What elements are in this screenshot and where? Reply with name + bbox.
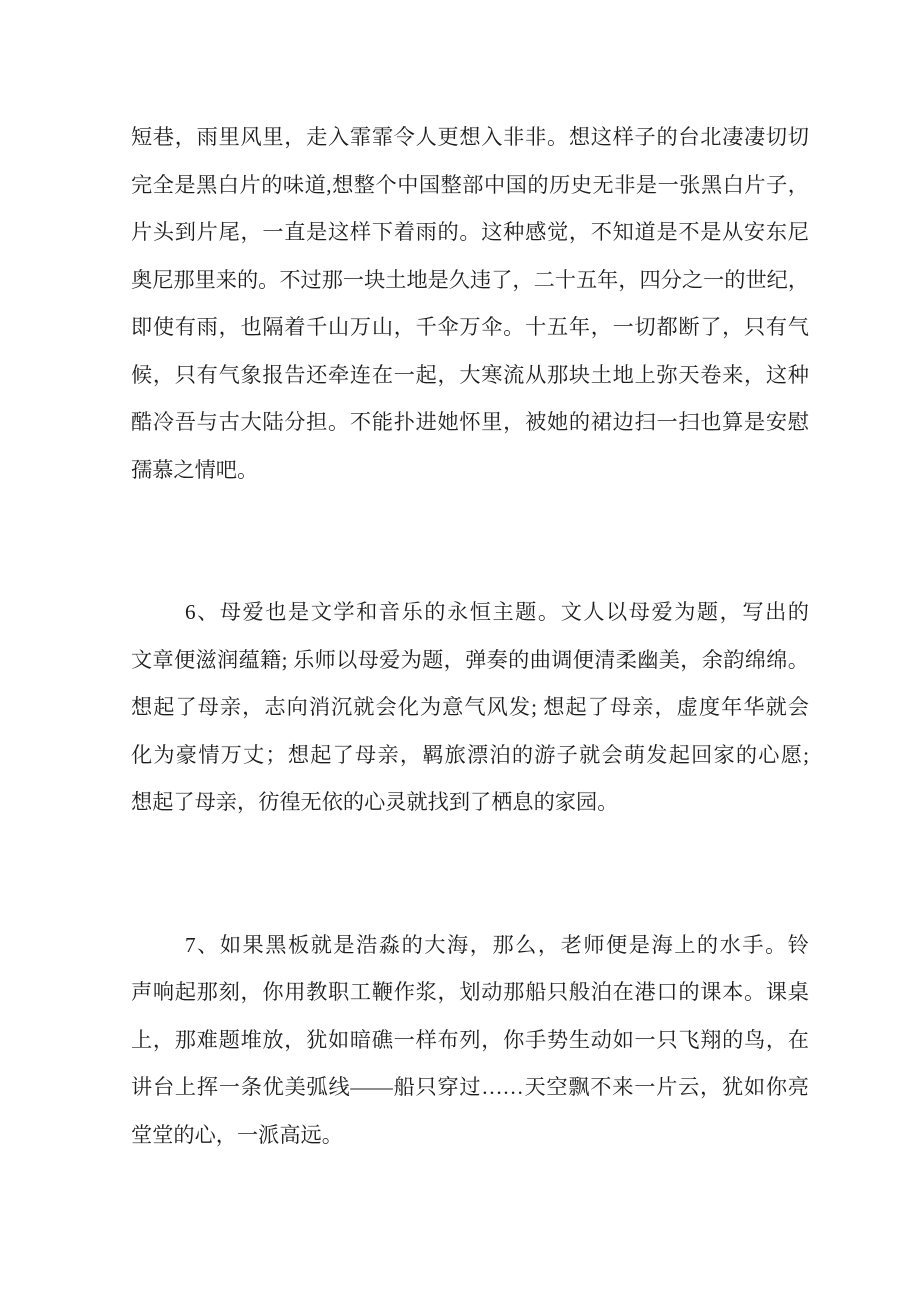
text-line: 文章便滋润蕴籍; 乐师以母爱为题，弹奏的曲调便清柔幽美，余韵绵绵。 [131, 637, 809, 685]
text-line: 7、如果黑板就是浩淼的大海，那么，老师便是海上的水手。铃 [131, 922, 809, 970]
paragraph-item-6: 6、母爱也是文学和音乐的永恒主题。文人以母爱为题，写出的 文章便滋润蕴籍; 乐师… [131, 589, 809, 827]
text-line: 即使有雨，也隔着千山万山，千伞万伞。十五年，一切都断了，只有气 [131, 304, 809, 352]
text-line: 孺慕之情吧。 [131, 447, 809, 495]
text-line: 候，只有气象报告还牵连在一起，大寒流从那块土地上弥天卷来，这种 [131, 352, 809, 400]
paragraph-continuation: 短巷，雨里风里，走入霏霏令人更想入非非。想这样子的台北凄凄切切 完全是黑白片的味… [131, 114, 809, 494]
document-text-block: 短巷，雨里风里，走入霏霏令人更想入非非。想这样子的台北凄凄切切 完全是黑白片的味… [131, 114, 809, 1159]
text-line: 完全是黑白片的味道,想整个中国整部中国的历史无非是一张黑白片子， [131, 162, 809, 210]
text-line: 酷冷吾与古大陆分担。不能扑进她怀里，被她的裙边扫一扫也算是安慰 [131, 399, 809, 447]
text-line: 6、母爱也是文学和音乐的永恒主题。文人以母爱为题，写出的 [131, 589, 809, 637]
text-line: 片头到片尾，一直是这样下着雨的。这种感觉，不知道是不是从安东尼 [131, 209, 809, 257]
text-line: 想起了母亲，彷徨无依的心灵就找到了栖息的家园。 [131, 779, 809, 827]
document-page: 短巷，雨里风里，走入霏霏令人更想入非非。想这样子的台北凄凄切切 完全是黑白片的味… [0, 0, 920, 1302]
text-line: 讲台上挥一条优美弧线——船只穿过……天空飘不来一片云，犹如你亮 [131, 1064, 809, 1112]
text-line: 化为豪情万丈；想起了母亲，羁旅漂泊的游子就会萌发起回家的心愿; [131, 732, 809, 780]
text-line: 奥尼那里来的。不过那一块土地是久违了，二十五年，四分之一的世纪， [131, 257, 809, 305]
text-line: 短巷，雨里风里，走入霏霏令人更想入非非。想这样子的台北凄凄切切 [131, 114, 809, 162]
text-line: 声响起那刻，你用教职工鞭作浆，划动那船只般泊在港口的课本。课桌 [131, 969, 809, 1017]
text-line: 想起了母亲，志向消沉就会化为意气风发; 想起了母亲，虚度年华就会 [131, 684, 809, 732]
text-line: 堂堂的心，一派高远。 [131, 1112, 809, 1160]
text-line: 上，那难题堆放，犹如暗礁一样布列，你手势生动如一只飞翔的鸟，在 [131, 1017, 809, 1065]
paragraph-item-7: 7、如果黑板就是浩淼的大海，那么，老师便是海上的水手。铃 声响起那刻，你用教职工… [131, 922, 809, 1160]
